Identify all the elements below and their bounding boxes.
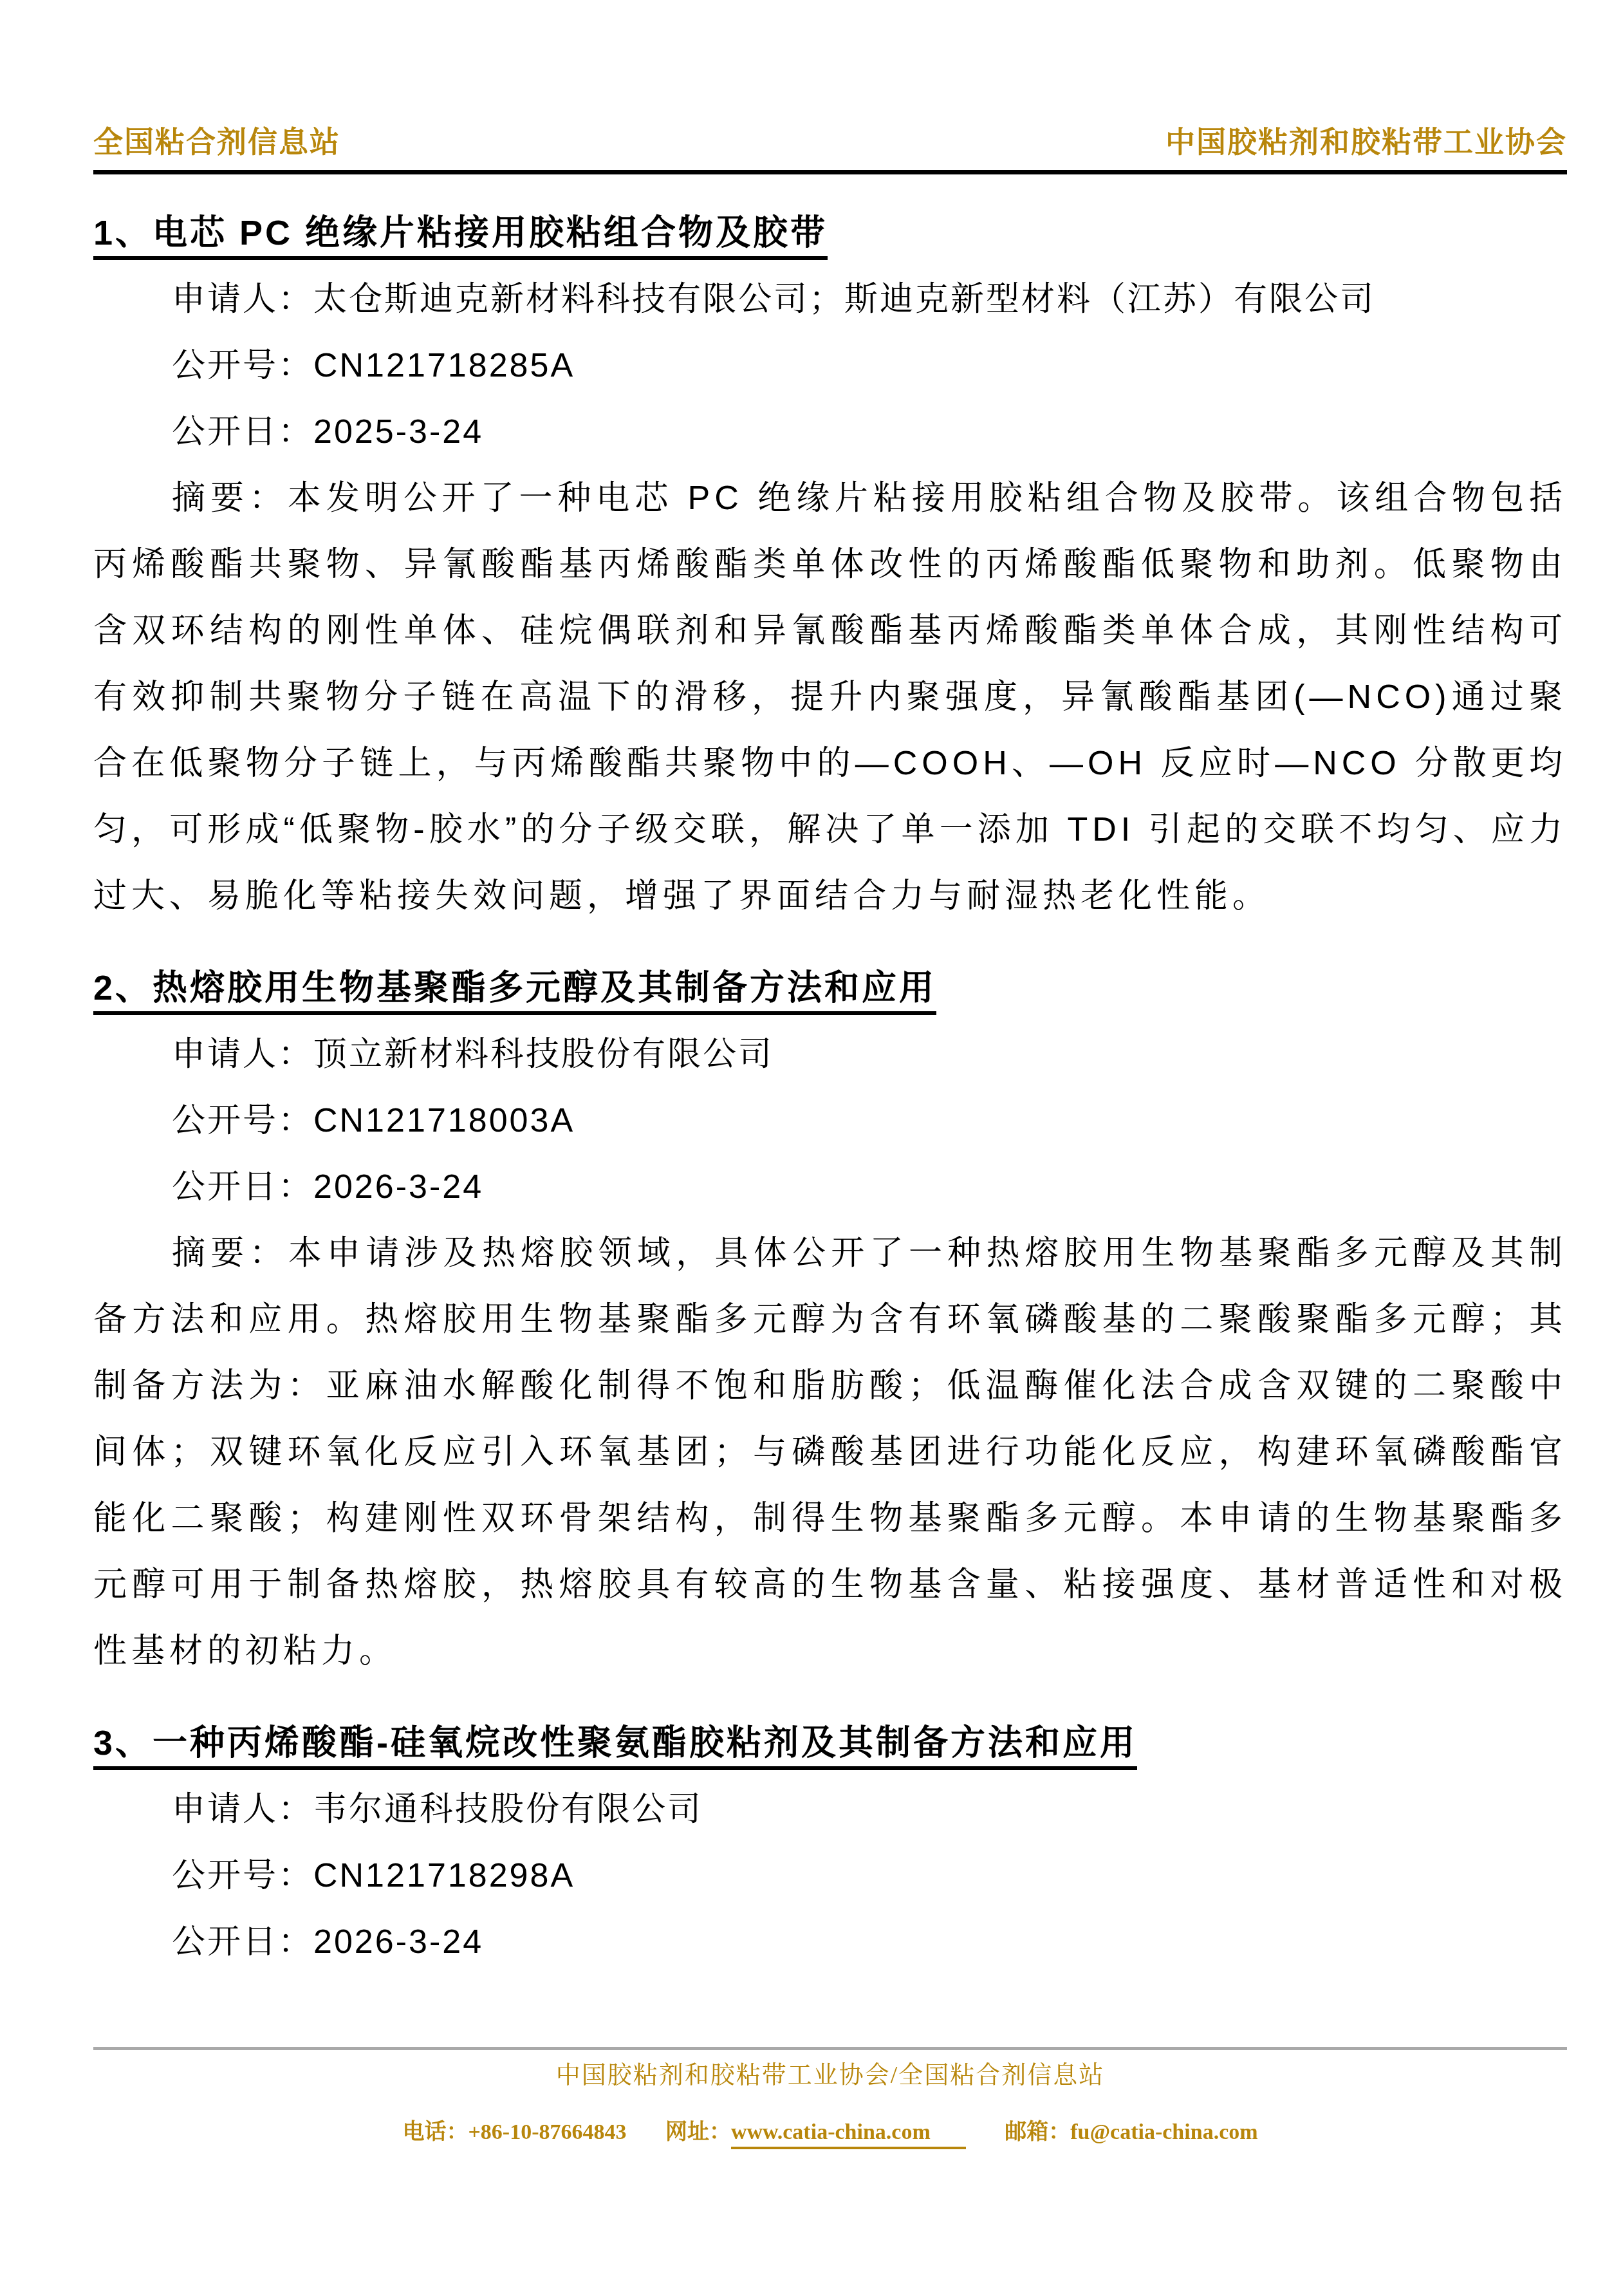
phone-label: 电话： [402,2120,468,2144]
pub-no-value: CN121718298A [313,1857,575,1894]
page-header: 全国粘合剂信息站 中国胶粘剂和胶粘带工业协会 [93,122,1567,161]
patent-abstract: 摘要：本发明公开了一种电芯 PC 绝缘片粘接用胶粘组合物及胶带。该组合物包括丙烯… [93,465,1567,929]
header-left-title: 全国粘合剂信息站 [93,122,340,161]
applicant-value: 顶立新材料科技股份有限公司 [313,1036,774,1073]
pub-no-value: CN121718003A [313,1102,575,1139]
document-page: 全国粘合剂信息站 中国胶粘剂和胶粘带工业协会 1、电芯 PC 绝缘片粘接用胶粘组… [0,0,1623,2296]
footer-divider [93,2047,1567,2050]
pub-no-label: 公开号： [172,1102,313,1139]
applicant-row: 申请人：顶立新材料科技股份有限公司 [93,1022,1567,1088]
page-footer: 中国胶粘剂和胶粘带工业协会/全国粘合剂信息站 电话：+86-10-8766484… [93,2047,1567,2147]
applicant-row: 申请人：太仓斯迪克新材料科技有限公司；斯迪克新型材料（江苏）有限公司 [93,266,1567,333]
pub-date-row: 公开日：2025-3-24 [93,399,1567,465]
patent-title: 1、电芯 PC 绝缘片粘接用胶粘组合物及胶带 [93,200,1567,266]
pub-date-row: 公开日：2026-3-24 [93,1154,1567,1220]
footer-email-group: 邮箱：fu@catia-china.com [1005,2120,1257,2144]
pub-date-label: 公开日： [172,413,313,451]
patent-section: 2、热熔胶用生物基聚酯多元醇及其制备方法和应用 申请人：顶立新材料科技股份有限公… [93,955,1567,1685]
pub-date-value: 2026-3-24 [313,1168,483,1206]
pub-date-value: 2026-3-24 [313,1923,483,1961]
patent-abstract: 摘要：本申请涉及热熔胶领域，具体公开了一种热熔胶用生物基聚酯多元醇及其制备方法和… [93,1220,1567,1685]
patent-title-text: 2、热熔胶用生物基聚酯多元醇及其制备方法和应用 [93,969,936,1015]
patent-title-text: 1、电芯 PC 绝缘片粘接用胶粘组合物及胶带 [93,214,828,260]
pub-no-row: 公开号：CN121718285A [93,333,1567,399]
footer-web-group: 网址：www.catia-china.com [665,2120,966,2144]
patent-section: 3、一种丙烯酸酯-硅氧烷改性聚氨酯胶粘剂及其制备方法和应用 申请人：韦尔通科技股… [93,1710,1567,1975]
pub-date-label: 公开日： [172,1168,313,1206]
header-right-title: 中国胶粘剂和胶粘带工业协会 [1165,122,1567,161]
patent-title: 3、一种丙烯酸酯-硅氧烷改性聚氨酯胶粘剂及其制备方法和应用 [93,1710,1567,1777]
pub-no-label: 公开号： [172,1857,313,1894]
footer-phone-group: 电话：+86-10-87664843 [402,2120,626,2144]
website-link[interactable]: www.catia-china.com [731,2120,966,2149]
footer-org-line: 中国胶粘剂和胶粘带工业协会/全国粘合剂信息站 [93,2060,1567,2090]
patent-title-text: 3、一种丙烯酸酯-硅氧烷改性聚氨酯胶粘剂及其制备方法和应用 [93,1724,1137,1770]
pub-date-label: 公开日： [172,1923,313,1961]
email-label: 邮箱： [1005,2120,1070,2144]
applicant-label: 申请人： [172,281,313,318]
applicant-value: 韦尔通科技股份有限公司 [313,1791,703,1828]
applicant-label: 申请人： [172,1036,313,1073]
email-value: fu@catia-china.com [1070,2120,1257,2144]
applicant-label: 申请人： [172,1791,313,1828]
pub-date-value: 2025-3-24 [313,413,483,451]
footer-contact-line: 电话：+86-10-87664843 网址：www.catia-china.co… [93,2118,1567,2147]
applicant-value: 太仓斯迪克新材料科技有限公司；斯迪克新型材料（江苏）有限公司 [313,281,1375,318]
pub-no-label: 公开号： [172,347,313,384]
pub-date-row: 公开日：2026-3-24 [93,1909,1567,1975]
phone-value: +86-10-87664843 [468,2120,626,2144]
pub-no-row: 公开号：CN121718298A [93,1843,1567,1909]
applicant-row: 申请人：韦尔通科技股份有限公司 [93,1777,1567,1843]
pub-no-row: 公开号：CN121718003A [93,1088,1567,1154]
pub-no-value: CN121718285A [313,347,575,384]
patent-section: 1、电芯 PC 绝缘片粘接用胶粘组合物及胶带 申请人：太仓斯迪克新材料科技有限公… [93,200,1567,929]
website-label: 网址： [665,2120,731,2144]
header-rule [93,170,1567,174]
patent-title: 2、热熔胶用生物基聚酯多元醇及其制备方法和应用 [93,955,1567,1022]
